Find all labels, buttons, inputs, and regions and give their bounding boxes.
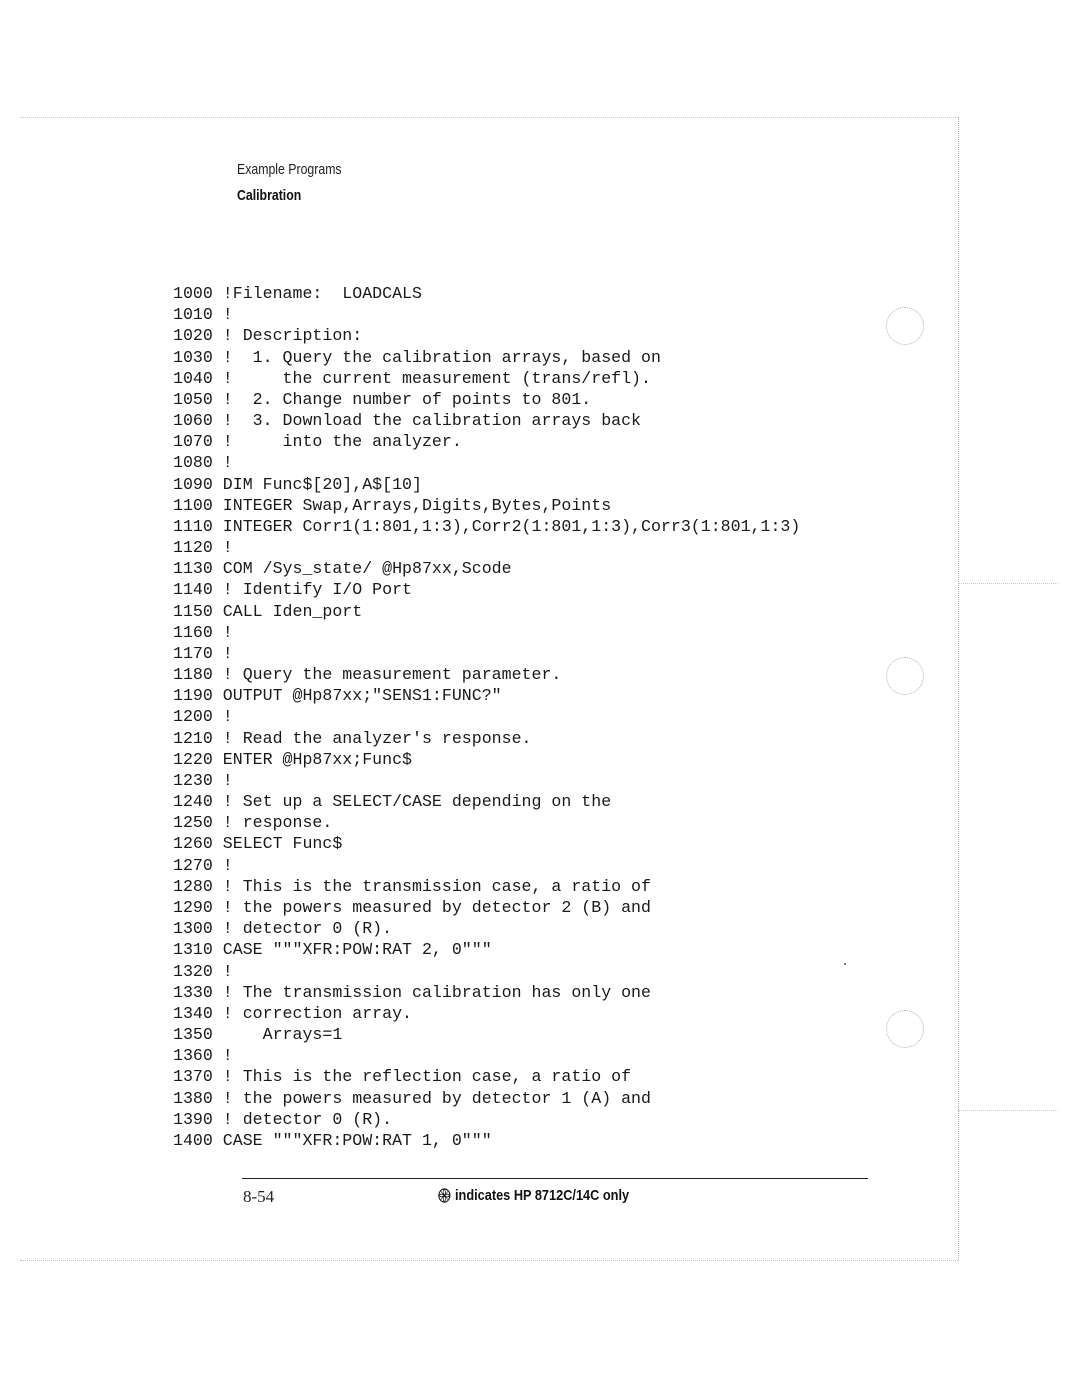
code-line: 1220 ENTER @Hp87xx;Func$	[173, 749, 800, 770]
code-line: 1150 CALL Iden_port	[173, 601, 800, 622]
scan-tab-divider	[958, 1110, 1058, 1111]
scan-tab-divider	[958, 583, 1058, 584]
code-line: 1290 ! the powers measured by detector 2…	[173, 897, 800, 918]
hp-8712c-14c-symbol-icon	[438, 1188, 451, 1203]
code-line: 1200 !	[173, 706, 800, 727]
footer-note: indicates HP 8712C/14C only	[438, 1187, 629, 1204]
code-line: 1360 !	[173, 1045, 800, 1066]
code-line: 1240 ! Set up a SELECT/CASE depending on…	[173, 791, 800, 812]
punch-hole-icon	[886, 307, 924, 345]
code-line: 1010 !	[173, 304, 800, 325]
code-line: 1080 !	[173, 452, 800, 473]
code-line: 1030 ! 1. Query the calibration arrays, …	[173, 347, 800, 368]
code-line: 1190 OUTPUT @Hp87xx;"SENS1:FUNC?"	[173, 685, 800, 706]
code-line: 1170 !	[173, 643, 800, 664]
punch-hole-icon	[886, 657, 924, 695]
scan-page-edge-right	[958, 117, 959, 1260]
footer-note-text: indicates HP 8712C/14C only	[455, 1187, 629, 1204]
code-line: 1370 ! This is the reflection case, a ra…	[173, 1066, 800, 1087]
scan-speck	[844, 963, 846, 965]
code-line: 1330 ! The transmission calibration has …	[173, 982, 800, 1003]
code-line: 1250 ! response.	[173, 812, 800, 833]
code-line: 1320 !	[173, 961, 800, 982]
code-line: 1400 CASE """XFR:POW:RAT 1, 0"""	[173, 1130, 800, 1151]
code-line: 1070 ! into the analyzer.	[173, 431, 800, 452]
code-line: 1260 SELECT Func$	[173, 833, 800, 854]
code-line: 1000 !Filename: LOADCALS	[173, 283, 800, 304]
code-line: 1270 !	[173, 855, 800, 876]
code-line: 1390 ! detector 0 (R).	[173, 1109, 800, 1130]
code-line: 1310 CASE """XFR:POW:RAT 2, 0"""	[173, 939, 800, 960]
page-number: 8-54	[243, 1187, 274, 1207]
code-line: 1340 ! correction array.	[173, 1003, 800, 1024]
code-line: 1110 INTEGER Corr1(1:801,1:3),Corr2(1:80…	[173, 516, 800, 537]
running-head: Example Programs Calibration	[237, 162, 342, 203]
code-line: 1100 INTEGER Swap,Arrays,Digits,Bytes,Po…	[173, 495, 800, 516]
code-line: 1050 ! 2. Change number of points to 801…	[173, 389, 800, 410]
code-line: 1160 !	[173, 622, 800, 643]
code-line: 1120 !	[173, 537, 800, 558]
code-listing: 1000 !Filename: LOADCALS1010 !1020 ! Des…	[173, 283, 800, 1151]
code-line: 1350 Arrays=1	[173, 1024, 800, 1045]
code-line: 1230 !	[173, 770, 800, 791]
code-line: 1300 ! detector 0 (R).	[173, 918, 800, 939]
code-line: 1090 DIM Func$[20],A$[10]	[173, 474, 800, 495]
code-line: 1020 ! Description:	[173, 325, 800, 346]
footer-divider	[242, 1178, 868, 1179]
code-line: 1130 COM /Sys_state/ @Hp87xx,Scode	[173, 558, 800, 579]
code-line: 1180 ! Query the measurement parameter.	[173, 664, 800, 685]
code-line: 1040 ! the current measurement (trans/re…	[173, 368, 800, 389]
code-line: 1210 ! Read the analyzer's response.	[173, 728, 800, 749]
section-title: Example Programs	[237, 162, 342, 177]
code-line: 1280 ! This is the transmission case, a …	[173, 876, 800, 897]
code-line: 1380 ! the powers measured by detector 1…	[173, 1088, 800, 1109]
code-line: 1140 ! Identify I/O Port	[173, 579, 800, 600]
scan-page-edge-top	[20, 117, 958, 118]
scan-page-edge-bottom	[20, 1260, 958, 1261]
subsection-title: Calibration	[237, 188, 342, 203]
code-line: 1060 ! 3. Download the calibration array…	[173, 410, 800, 431]
punch-hole-icon	[886, 1010, 924, 1048]
